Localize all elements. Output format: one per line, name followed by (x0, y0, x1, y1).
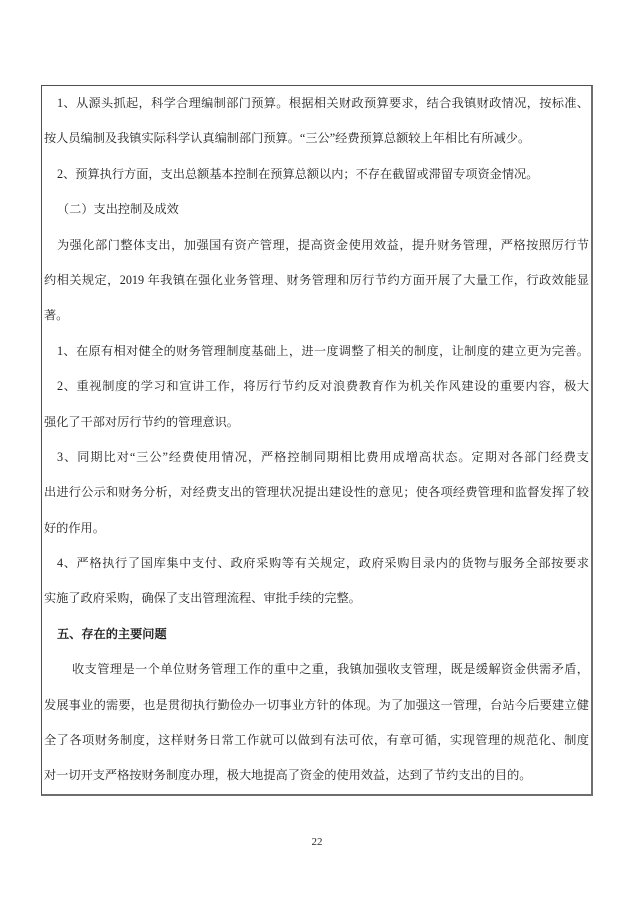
text-line: 收支管理是一个单位财务管理工作的重中之重，我镇加强收支管理，既是缓解资金供需矛盾… (44, 652, 589, 687)
text-line: 1、从源头抓起，科学合理编制部门预算。根据相关财政预算要求，结合我镇财政情况，按… (44, 86, 589, 121)
text-line: 2、重视制度的学习和宣讲工作，将厉行节约反对浪费教育作为机关作风建设的重要内容，… (44, 369, 589, 404)
text-line: 著。 (44, 298, 589, 333)
text-line: 3、同期比对“三公”经费使用情况，严格控制同期相比费用成增高状态。定期对各部门经… (44, 440, 589, 475)
section-heading: 五、存在的主要问题 (44, 617, 589, 652)
text-line: 对一切开支严格按财务制度办理，极大地提高了资金的使用效益，达到了节约支出的目的。 (44, 758, 589, 793)
text-line: 2、预算执行方面，支出总额基本控制在预算总额以内；不存在截留或滞留专项资金情况。 (44, 157, 589, 192)
text-line: 发展事业的需要，也是贯彻执行勤俭办一切事业方针的体现。为了加强这一管理，台站今后… (44, 688, 589, 723)
text-line: 好的作用。 (44, 511, 589, 546)
page-number: 22 (0, 836, 634, 848)
text-line: 强化了干部对厉行节约的管理意识。 (44, 405, 589, 440)
text-line: 为强化部门整体支出，加强国有资产管理，提高资金使用效益，提升财务管理，严格按照厉… (44, 228, 589, 263)
text-line: 实施了政府采购，确保了支出管理流程、审批手续的完整。 (44, 581, 589, 616)
document-page: 1、从源头抓起，科学合理编制部门预算。根据相关财政预算要求，结合我镇财政情况，按… (0, 0, 634, 898)
text-line: 出进行公示和财务分析，对经费支出的管理状况提出建设性的意见；使各项经费管理和监督… (44, 475, 589, 510)
text-line: 按人员编制及我镇实际科学认真编制部门预算。“三公”经费预算总额较上年相比有所减少… (44, 121, 589, 156)
subsection-heading: （二）支出控制及成效 (44, 192, 589, 227)
text-line: 4、严格执行了国库集中支付、政府采购等有关规定，政府采购目录内的货物与服务全部按… (44, 546, 589, 581)
text-line: 全了各项财务制度，这样财务日常工作就可以做到有法可依，有章可循，实现管理的规范化… (44, 723, 589, 758)
text-line: 约相关规定，2019 年我镇在强化业务管理、财务管理和厉行节约方面开展了大量工作… (44, 263, 589, 298)
text-line: 1、在原有相对健全的财务管理制度基础上，进一度调整了相关的制度，让制度的建立更为… (44, 334, 589, 369)
bordered-text-cell: 1、从源头抓起，科学合理编制部门预算。根据相关财政预算要求，结合我镇财政情况，按… (41, 85, 593, 796)
